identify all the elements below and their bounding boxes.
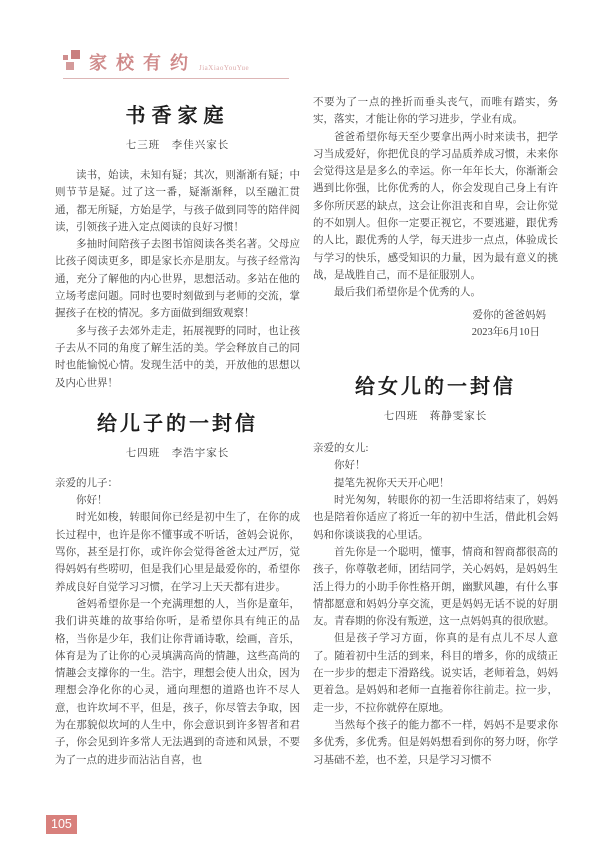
article-body: 亲爱的儿子： 你好！ 时光如梭，转眼间你已经是初中生了，在你的成长过程中，也许是… xyxy=(55,475,300,769)
letter-greeting: 你好！ xyxy=(55,492,300,509)
logo-square-large xyxy=(71,50,80,59)
squares-logo-icon xyxy=(63,50,83,72)
section-masthead: 家校有约 JiaXiaoYouYue xyxy=(63,50,289,79)
article-body: 读书，始读，未知有疑；其次，则渐渐有疑；中则节节是疑。过了这一番，疑渐渐释，以至… xyxy=(55,167,300,392)
magazine-page: 家校有约 JiaXiaoYouYue 书香家庭 七三班 李佳兴家长 读书，始读，… xyxy=(0,0,600,849)
article-title: 书香家庭 xyxy=(55,104,300,128)
paragraph: 爸妈希望你是一个充满理想的人，当你是童年，我们讲英雄的故事给你听，是希望你具有纯… xyxy=(55,596,300,769)
article-byline: 七四班 李浩宇家长 xyxy=(55,445,300,460)
article-letter-to-son-continuation: 不要为了一点的挫折而垂头丧气，而唯有踏实，务实，落实，才能让你的学习进步，学业有… xyxy=(313,94,558,341)
article-body: 亲爱的女儿: 你好！ 提笔先祝你天天开心吧！ 时光匆匆，转眼你的初一生活即将结束… xyxy=(313,440,558,769)
letter-greeting-wish: 提笔先祝你天天开心吧！ xyxy=(313,475,558,492)
letter-date: 2023年6月10日 xyxy=(313,324,558,341)
paragraph-continuation: 不要为了一点的挫折而垂头丧气，而唯有踏实，务实，落实，才能让你的学习进步，学业有… xyxy=(313,94,558,129)
letter-salutation: 亲爱的女儿: xyxy=(313,440,558,457)
page-number-badge: 105 xyxy=(46,815,77,834)
column-logo-subtitle: JiaXiaoYouYue xyxy=(199,65,249,72)
paragraph: 时光如梭，转眼间你已经是初中生了，在你的成长过程中，也许是你不懂事或不听话，爸妈… xyxy=(55,509,300,595)
article-title: 给女儿的一封信 xyxy=(313,375,558,399)
article-byline: 七四班 蒋静雯家长 xyxy=(313,408,558,423)
article-title: 给儿子的一封信 xyxy=(55,412,300,436)
article-scholarly-family: 书香家庭 七三班 李佳兴家长 读书，始读，未知有疑；其次，则渐渐有疑；中则节节是… xyxy=(55,104,300,392)
left-column: 书香家庭 七三班 李佳兴家长 读书，始读，未知有疑；其次，则渐渐有疑；中则节节是… xyxy=(55,94,300,784)
paragraph: 时光匆匆，转眼你的初一生活即将结束了，妈妈也是陪着你适应了将近一年的初中生活，借… xyxy=(313,492,558,544)
paragraph: 首先你是一个聪明，懂事，情商和智商都很高的孩子，你尊敬老师，团结同学，关心妈妈，… xyxy=(313,544,558,630)
paragraph: 读书，始读，未知有疑；其次，则渐渐有疑；中则节节是疑。过了这一番，疑渐渐释，以至… xyxy=(55,167,300,236)
letter-salutation: 亲爱的儿子： xyxy=(55,475,300,492)
letter-closing: 最后我们希望你是个优秀的人。 xyxy=(313,284,558,301)
paragraph: 但是孩子学习方面，你真的是有点儿不尽人意了。随着初中生活的到来，科目的增多，你的… xyxy=(313,630,558,716)
paragraph: 爸爸希望你每天至少要拿出两小时来读书，把学习当成爱好，你把优良的学习品质养成习惯… xyxy=(313,129,558,285)
letter-greeting: 你好！ xyxy=(313,457,558,474)
article-byline: 七三班 李佳兴家长 xyxy=(55,137,300,152)
article-letter-to-son: 给儿子的一封信 七四班 李浩宇家长 亲爱的儿子： 你好！ 时光如梭，转眼间你已经… xyxy=(55,412,300,769)
paragraph: 当然每个孩子的能力都不一样，妈妈不是要求你多优秀，多优秀。但是妈妈想看到你的努力… xyxy=(313,717,558,769)
right-column: 不要为了一点的挫折而垂头丧气，而唯有踏实，务实，落实，才能让你的学习进步，学业有… xyxy=(313,94,558,784)
letter-signature: 爱你的爸爸妈妈 xyxy=(313,307,558,324)
paragraph: 多抽时间陪孩子去图书馆阅读各类名著。父母应比孩子阅读更多，即是家长亦是朋友。与孩… xyxy=(55,236,300,322)
logo-square-medium xyxy=(66,62,74,70)
paragraph: 多与孩子去郊外走走，拓展视野的同时，也让孩子去从不同的角度了解生活的美。学会释放… xyxy=(55,323,300,392)
logo-square-small xyxy=(63,55,68,60)
two-column-layout: 书香家庭 七三班 李佳兴家长 读书，始读，未知有疑；其次，则渐渐有疑；中则节节是… xyxy=(55,94,558,784)
column-logo-title: 家校有约 xyxy=(89,54,197,72)
article-letter-to-daughter: 给女儿的一封信 七四班 蒋静雯家长 亲爱的女儿: 你好！ 提笔先祝你天天开心吧！… xyxy=(313,375,558,769)
